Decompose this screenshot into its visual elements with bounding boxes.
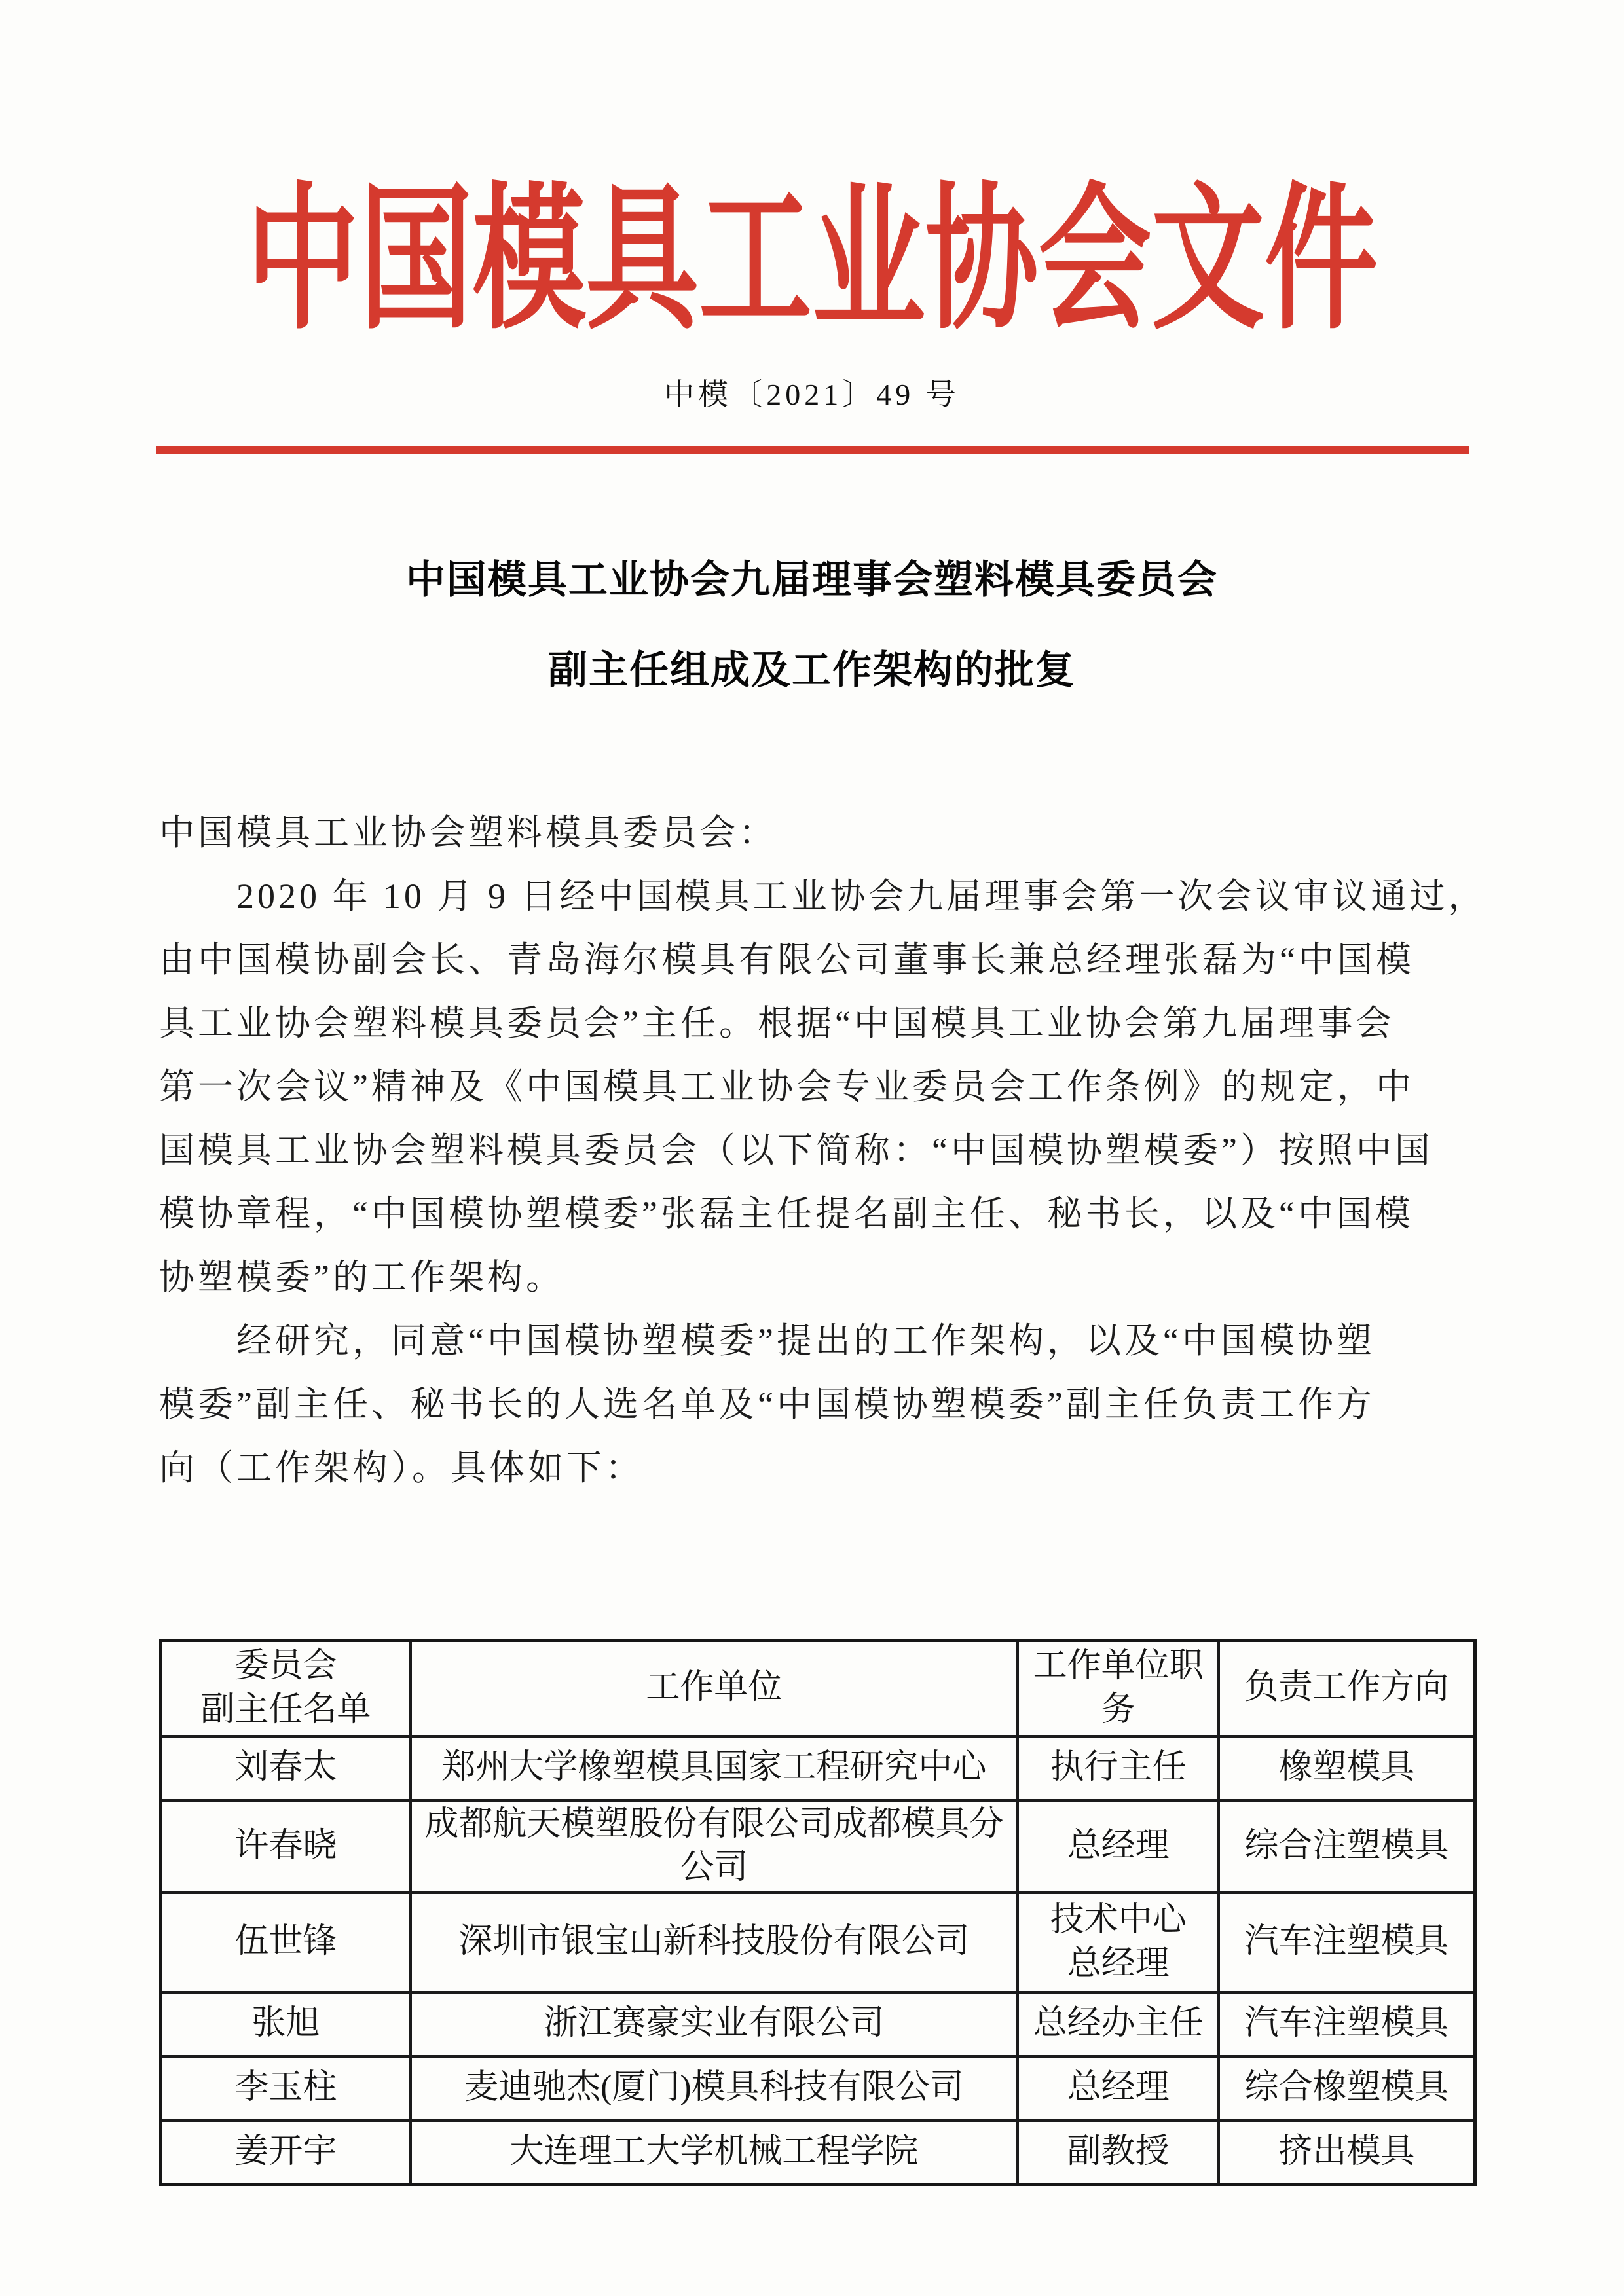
table-row: 姜开宇 大连理工大学机械工程学院 副教授 挤出模具	[161, 2121, 1475, 2185]
doc-title-line1: 中国模具工业协会九届理事会塑料模具委员会	[0, 549, 1624, 605]
table-row: 伍世锋 深圳市银宝山新科技股份有限公司 技术中心 总经理 汽车注塑模具	[161, 1893, 1475, 1992]
body-line: 国模具工业协会塑料模具委员会（以下简称：“中国模协塑模委”）按照中国	[159, 1119, 1475, 1182]
body-line: 经研究，同意“中国模协塑模委”提出的工作架构，以及“中国模协塑	[159, 1309, 1475, 1373]
table-header-cell: 工作单位	[411, 1641, 1018, 1736]
table-cell-org: 浙江赛豪实业有限公司	[411, 1992, 1018, 2056]
body-line: 具工业协会塑料模具委员会”主任。根据“中国模具工业协会第九届理事会	[159, 992, 1475, 1055]
body-line: 由中国模协副会长、青岛海尔模具有限公司董事长兼总经理张磊为“中国模	[159, 928, 1475, 992]
document-page: 中国模具工业协会文件 中模〔2021〕49 号 中国模具工业协会九届理事会塑料模…	[0, 0, 1624, 2296]
table-row: 刘春太 郑州大学橡塑模具国家工程研究中心 执行主任 橡塑模具	[161, 1736, 1475, 1800]
table-cell-direction: 综合注塑模具	[1219, 1800, 1475, 1893]
table-cell-name: 许春晓	[161, 1800, 411, 1893]
table-cell-org: 大连理工大学机械工程学院	[411, 2121, 1018, 2185]
table-cell-name: 刘春太	[161, 1736, 411, 1800]
table-header-row: 委员会 副主任名单 工作单位 工作单位职 务 负责工作方向	[161, 1641, 1475, 1736]
table-cell-org: 成都航天模塑股份有限公司成都模具分 公司	[411, 1800, 1018, 1893]
red-divider	[156, 446, 1469, 454]
table-cell-name: 张旭	[161, 1992, 411, 2056]
doc-title-line2: 副主任组成及工作架构的批复	[0, 639, 1624, 695]
table-cell-direction: 橡塑模具	[1219, 1736, 1475, 1800]
table-cell-position: 总经理	[1018, 1800, 1219, 1893]
table-cell-direction: 挤出模具	[1219, 2121, 1475, 2185]
table-cell-position: 副教授	[1018, 2121, 1219, 2185]
table-cell-position: 总经办主任	[1018, 1992, 1219, 2056]
org-title: 中国模具工业协会文件	[227, 182, 1397, 339]
table-cell-org: 深圳市银宝山新科技股份有限公司	[411, 1893, 1018, 1992]
committee-table-container: 委员会 副主任名单 工作单位 工作单位职 务 负责工作方向 刘春太 郑州大学橡塑…	[159, 1639, 1477, 2186]
body-line: 第一次会议”精神及《中国模具工业协会专业委员会工作条例》的规定，中	[159, 1055, 1475, 1119]
table-cell-position: 技术中心 总经理	[1018, 1893, 1219, 1992]
body-line: 模协章程，“中国模协塑模委”张磊主任提名副主任、秘书长，以及“中国模	[159, 1182, 1475, 1246]
committee-table: 委员会 副主任名单 工作单位 工作单位职 务 负责工作方向 刘春太 郑州大学橡塑…	[159, 1639, 1477, 2186]
body-line: 向（工作架构）。具体如下：	[159, 1436, 1475, 1500]
body-line: 协塑模委”的工作架构。	[159, 1246, 1475, 1309]
body-line: 模委”副主任、秘书长的人选名单及“中国模协塑模委”副主任负责工作方	[159, 1373, 1475, 1436]
table-cell-org: 麦迪驰杰(厦门)模具科技有限公司	[411, 2056, 1018, 2121]
table-cell-name: 李玉柱	[161, 2056, 411, 2121]
table-cell-position: 执行主任	[1018, 1736, 1219, 1800]
table-row: 许春晓 成都航天模塑股份有限公司成都模具分 公司 总经理 综合注塑模具	[161, 1800, 1475, 1893]
table-cell-direction: 汽车注塑模具	[1219, 1992, 1475, 2056]
body-line: 2020 年 10 月 9 日经中国模具工业协会九届理事会第一次会议审议通过，	[159, 865, 1475, 928]
table-header-cell: 工作单位职 务	[1018, 1641, 1219, 1736]
table-row: 张旭 浙江赛豪实业有限公司 总经办主任 汽车注塑模具	[161, 1992, 1475, 2056]
table-cell-name: 姜开宇	[161, 2121, 411, 2185]
doc-number: 中模〔2021〕49 号	[0, 371, 1624, 414]
body-text: 中国模具工业协会塑料模具委员会： 2020 年 10 月 9 日经中国模具工业协…	[159, 801, 1475, 1500]
table-cell-direction: 汽车注塑模具	[1219, 1893, 1475, 1992]
table-cell-org: 郑州大学橡塑模具国家工程研究中心	[411, 1736, 1018, 1800]
table-cell-direction: 综合橡塑模具	[1219, 2056, 1475, 2121]
table-cell-position: 总经理	[1018, 2056, 1219, 2121]
table-header-cell: 委员会 副主任名单	[161, 1641, 411, 1736]
body-salutation: 中国模具工业协会塑料模具委员会：	[159, 801, 1475, 865]
table-row: 李玉柱 麦迪驰杰(厦门)模具科技有限公司 总经理 综合橡塑模具	[161, 2056, 1475, 2121]
table-header-cell: 负责工作方向	[1219, 1641, 1475, 1736]
table-cell-name: 伍世锋	[161, 1893, 411, 1992]
